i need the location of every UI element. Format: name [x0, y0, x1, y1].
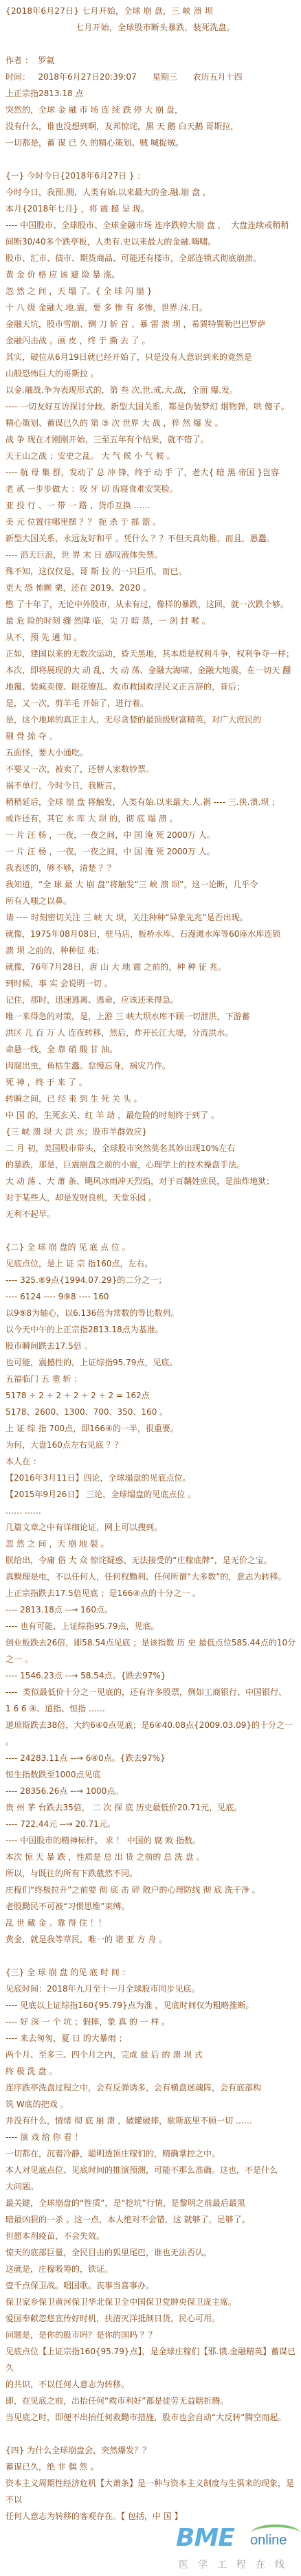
time-value: 2018年6月27日20:39:07	[38, 72, 136, 82]
paragraph-line: 十 八 级 金融大 地.震，要 多 惨 有 多惨，世界.沫.日。	[5, 299, 297, 316]
section-heading: {一} 今时今日{2018年6月27日 } ：	[5, 168, 297, 184]
paragraph-line: 本人对见底点位、见底时间的推演预测，可能不那么准确。这也，不是什么	[5, 2162, 297, 2178]
paragraph-line: 憋 了十年了，无论中外股市，从未有过，像样的暴跌，这回，就一次跌个够。	[5, 596, 297, 613]
paragraph-line: 的暴跌，那是，巨震崩盘之前的小震，心理学上的技术操盘手法。	[5, 1156, 297, 1173]
paragraph-line: 是，又一次，剪羊毛 开始了，进行着。	[5, 695, 297, 711]
paragraph-line: 真黝理是电，不以任何人，任何权黝利、任何所谓“大多数”的，意志为转移。	[5, 1569, 297, 1585]
intro-line: 没有什么，谁也没想到啊，友邦惊诧，黑 天 鹅 白天鹅 哥斯拉，	[5, 118, 297, 135]
paragraph-line: 本次，即将展现的大 动 乱、大 动 荡、金融大海啸、金融大地震，在一切天 翻地覆…	[5, 662, 297, 695]
time-label: 时间：	[5, 72, 30, 82]
paragraph-line: 老 贰 一步步做大 ：咬 牙 切 齿寝食难安笑脸。	[5, 481, 297, 497]
bme-online-watermark: BME online 医学工程在线	[172, 2520, 301, 2576]
paragraph-line: ---- 类似最低价十分之一见底的，还有许多股票，例如工商银行、中国银行、	[5, 1684, 297, 1700]
bme-logo: BME online	[176, 2523, 300, 2556]
article: {2018年6月27日} 七月开始，全球 崩 盘，三 峡 溃 坝 七月开始，全球…	[0, 0, 301, 2524]
paragraph-line: 我表述的，够不够，清楚 ？？	[5, 860, 297, 876]
paragraph-line: 庄稼们“终极拉升”之前要 彻 底 击 碎 散户的心理防线 彻 底 洗干净 。	[5, 1882, 297, 1898]
paragraph-line: 问题是，是你的股市吗？是你的国吗 ？？	[5, 2327, 297, 2343]
paragraph-line: 从不，预 先 通 知 。	[5, 629, 297, 646]
paragraph-line: 金融天坑，股市雪崩、铡 刀 斩 首 、暴 雷 溃 坝 ，希巽特巽勒巴巴罗萨	[5, 316, 297, 332]
section-spacer	[5, 151, 297, 168]
paragraph-line: 转瞬之间，已 经 来 到 生 死 关 头 。	[5, 1091, 297, 1107]
paragraph-line: 五面怪，要大小通吃。	[5, 744, 297, 761]
section: {一} 今时今日{2018年6月27日 } ：今时今日，我预.测，人类有始.以来…	[5, 168, 297, 1222]
section-heading: {四} 为什么全球崩盘会，突然爆发？？	[5, 2442, 297, 2459]
paragraph-line: 以金.融战.争为表现形式的，第 叁 次.世.戒.大.战，全面 爆.发。	[5, 382, 297, 398]
paragraph-line: 大问题。	[5, 2178, 297, 2195]
paragraph-line: 不要又一次，被卖了，还替人家数钞票。	[5, 761, 297, 777]
paragraph-line: 爱国奉献忽悠宣传好时机，扶清灭洋抵制日货，民心可用。	[5, 2310, 297, 2327]
paragraph-line: 最关键，全球崩盘的“性质”，是“挖坑”行情，是黎明之前最后最黑	[5, 2195, 297, 2211]
paragraph-line: 黄金，就是我等草民，唯一的 诺 亚 方 舟 。	[5, 1931, 297, 1948]
paragraph-line: 即，在见底之前，出抬任何“救市利好”都是徒劳无益瞎折腾。	[5, 2393, 297, 2409]
paragraph-line: 美 元 位置往哪里摆 ？？ 扼 杀 于 摇 篮 。	[5, 514, 297, 530]
paragraph-line: 终 极 洗 盘 。	[5, 2063, 297, 2079]
paragraph-line: 为何，大盘160点左右见底 ？？	[5, 1437, 297, 1453]
paragraph-line: 壹千点保卫战。唱国歌。丧事当喜事办。	[5, 2277, 297, 2294]
paragraph-line: 上正宗指跌去17.5倍见底 ；是166④点的十分之一 。	[5, 1585, 297, 1602]
section: {二} 全 球 崩 盘的 见 底 点 位 。见底点位，是上 证 宗 指160点，…	[5, 1239, 297, 1948]
paragraph-line: ---- 也有可能，上证综指95.79点，见底。	[5, 1618, 297, 1634]
section-spacer	[5, 1222, 297, 1239]
paragraph-line: 两个月、至多三、四个月之内，完成 最 后 的 溃 坝 式	[5, 2047, 297, 2063]
paragraph-line: 资本主义周期性经济危机【大萧条】是一种与资本主义制度与生俱来的现象，是不以	[5, 2475, 297, 2508]
index-value: 上正宗指2813.18 点	[5, 85, 297, 102]
section: {四} 为什么全球崩盘会，突然爆发？？蓄谋已久，绝 非 偶 然 。资本主义周期性…	[5, 2442, 297, 2524]
paragraph-line: 请 ---- 时刻密切关注 三 峡 大 坝，关注种种“异象先兆”是否出现。	[5, 909, 297, 926]
paragraph-line: 黄 金 价 格 应 该 避 险 暴 涨。	[5, 266, 297, 283]
paragraph-line: ---- 演 戏 给 你 看 ！	[5, 2129, 297, 2145]
paragraph-line: 战 争 现在才刚刚开始，三至五年有个结果，就不错了。	[5, 431, 297, 448]
paragraph-line: 对于某些人，却是发财良机，天堂乐园 。	[5, 1189, 297, 1206]
paragraph-line: 洪区 几 百 万 人 连夜转移，然后，炸开长江大堤，分流洪水。	[5, 1025, 297, 1041]
paragraph-line: 以9⑨8为轴心，以6.136倍为常数的等比数列。	[5, 1305, 297, 1321]
paragraph-line: ---- 好 深 一 个 坑 ；假摔，象 真 的 一 样 。	[5, 2014, 297, 2030]
paragraph-line: 一 片 汪 杨 ，一夜，一夜之间，中 国 淹 死 2000万 人。	[5, 827, 297, 843]
paragraph-line: 股市瞬间跌去17.5倍 。	[5, 1338, 297, 1354]
paragraph-line: ---- 24283.11点 --→ 6④0点。{跌去97%}	[5, 1750, 297, 1766]
paragraph-line: 乱 世 藏 金 。靠 得 住 ！！	[5, 1915, 297, 1931]
paragraph-line: 到时候，事 实 会说明一切 。	[5, 975, 297, 992]
section-spacer	[5, 2426, 297, 2442]
time-row: 时间： 2018年6月27日20:39:07 星期三 农历五月十四	[5, 69, 297, 85]
paragraph-line: 本人在 ：	[5, 1453, 297, 1470]
paragraph-line: 所有人嗤之以鼻。	[5, 893, 297, 909]
author-name: 罗氦	[38, 56, 54, 65]
section-heading: {二} 全 球 崩 盘的 见 底 点 位 。	[5, 1239, 297, 1255]
intro-line: 一切都是，蓄 谋 已 久 的精心策划。贼 喊捉贼。	[5, 135, 297, 151]
paragraph-line: 本次 惊 天 暴 跌 ，性质是 总 出 货 之前的 总 洗 盘 。	[5, 1849, 297, 1865]
paragraph-line: 暗最凶狠的一杀 。这一点，本人绝对不会错，这 就够了，足够了。	[5, 2211, 297, 2228]
article-title: {2018年6月27日} 七月开始，全球 崩 盘，三 峡 溃 坝	[5, 3, 297, 19]
paragraph-line: 朕给出，令庸 俗 大 众 惊诧疑惑、无法接受的“庄稼底牌”，是无价之宝。	[5, 1552, 297, 1569]
paragraph-line: 更大 恐 怖颤 栗，还在 2019、2020 。	[5, 580, 297, 596]
paragraph-line: 最 危 险的时刻 骤 然降 临，尖 刀 暗 蒸，一 剑 封 喉 。	[5, 613, 297, 629]
paragraph-line: 剔 骨 掠 夺 。	[5, 728, 297, 744]
spacer	[5, 36, 297, 52]
paragraph-line: 1 6 6 ④、道指、恒指 ……	[5, 1700, 297, 1717]
paragraph-line: 无利不起早。	[5, 1206, 297, 1222]
paragraph-line: 5178 ÷ 2 ÷ 2 ÷ 2 ÷ 2 ÷ 2 = 162点	[5, 1387, 297, 1404]
paragraph-line: 命悬一线，全 靠 硝 酸 甘 油。	[5, 1041, 297, 1058]
paragraph-line: 就像，76年7月28日，唐 山 大 地 震 之前的，种 种 征 兆。	[5, 959, 297, 975]
paragraph-line: ---- 325.⑧9点{1994.07.29}的二分之一；	[5, 1272, 297, 1288]
paragraph-line: 见底点位【上证宗指160{95.79}点】，是全球庄稼们【邪.饿.金融精英】蓄谋…	[5, 2343, 297, 2376]
paragraph-line: ---- 一切友好互访探讨分歧，新型大国关系，都是伪装梦幻 烟物弹，哄 傻子。	[5, 398, 297, 415]
paragraph-line: ---- 722.44元 --→ 20.71元。	[5, 1816, 297, 1832]
paragraph-line: 溃 坝 之前的，种种征 兆；	[5, 942, 297, 959]
paragraph-line: 一 片 汪 杨 ，一夜，一夜之间，中 国 淹 死 2000万 人。	[5, 843, 297, 860]
paragraph-line: ---- 6124 ---- 9⑨8 ---- 160	[5, 1288, 297, 1305]
paragraph-line: 也可能，震撼性的，上证综指95.79点，见底。	[5, 1354, 297, 1371]
paragraph-line: ---- 来去匆匆，夏 日 的大暴雨 ；	[5, 2030, 297, 2047]
paragraph-line: 忽 然 之 间 ，天 崩 地 裂 。	[5, 1536, 297, 1552]
paragraph-line: 稍稍延后，全球 崩 盘 将触发，人类有始.以来最大.人.祸 ---- 三.侠.溃…	[5, 794, 297, 810]
paragraph-line: ---- 中国股市、全球股市、全球金融市场 连序跌婷大崩 盘 ， 大盘连续或稍稍…	[5, 217, 297, 250]
paragraph-line: 见底点位，是上 证 宗 指160点，左右。	[5, 1255, 297, 1272]
paragraph-line: 以今天中午的上正宗指2813.18点为基准。	[5, 1321, 297, 1338]
paragraph-line: 其实，破位从6月19日就已经开始了，只是没有人意识到来的竟然是	[5, 349, 297, 365]
paragraph-line: 贵 州 茅 台跌去35倍， 二 次 探 底 历史最低价20.71元，见底。	[5, 1799, 297, 1816]
paragraph-line: 五福临门 五 重 斩 ：	[5, 1371, 297, 1387]
paragraph-line: 上 证 综 指 700点，即166④的一半，很重要。	[5, 1420, 297, 1437]
sections-container: {一} 今时今日{2018年6月27日 } ：今时今日，我预.测，人类有始.以来…	[5, 151, 297, 2524]
paragraph-line: 记住，那时，迅速逃离、逃命，应该还来得急。	[5, 992, 297, 1008]
paragraph-line: 本月{2018年七月} ，将 震 撼 呈 现。	[5, 201, 297, 217]
intro-block: 突然的，全球 金 融 市 场 连 续 跌 停 大 崩 盘，没有什么，谁也没想到啊…	[5, 102, 297, 151]
paragraph-line: ---- 滔天巨浪，世 界 末 日 感叹液体失禁。	[5, 547, 297, 563]
paragraph-line: 亚 投 行 、一 带 一 路 、货币互换 ……	[5, 497, 297, 514]
logo-caption: 医学工程在线	[179, 2557, 300, 2571]
section-heading: {三} 全 球 崩 盘 的见 底 时 间 ：	[5, 1964, 297, 1981]
section-spacer	[5, 1948, 297, 1964]
weekday: 星期三	[153, 72, 177, 82]
paragraph-line: 忽 然 之 间 ，天 塌 了。{ 全 球 闪 崩 }	[5, 283, 297, 299]
paragraph-line: ---- 中国股市的精神标杆。 求 ！ 中国的 腐 败 指数。	[5, 1832, 297, 1849]
lunar-date: 农历五月十四	[193, 72, 243, 82]
paragraph-line: 今时今日，我预.测，人类有始.以来最大的金.融.崩 盘 ，	[5, 184, 297, 201]
paragraph-line: 就像，1975年08月08日，驻马店，板桥水库、石漫滩水库等60座水库连锁	[5, 926, 297, 942]
paragraph-line: 正如，建国以来的无数次运动，昏天黑地，其本质是权利斗争，权利争夺一样；	[5, 646, 297, 662]
paragraph-line: 当见底之时，即便不出抬任何救黝市措施，股市也会自动“大反转”腾空而起。	[5, 2409, 297, 2426]
intro-line: 突然的，全球 金 融 市 场 连 续 跌 停 大 崩 盘，	[5, 102, 297, 118]
paragraph-line: 唯一来得急的对策，是，上游 三 峡大坝水库不顾一切泄洪，下游蓄	[5, 1008, 297, 1025]
paragraph-line: 肉腐出虫，鱼枯生蠹。怠慢忘身，祸灾乃作。	[5, 1058, 297, 1074]
paragraph-line: 殊不知，这仅仅是，哥 斯 拉 的一只巨爪，而已。	[5, 563, 297, 580]
paragraph-line: 连序跌亭洗盘过程之中，会有反弹诱多，会有横盘迷魂阵，会有底部构	[5, 2079, 297, 2096]
paragraph-line: 【2016年3月11日】四论，全球塌盘的见底点位。	[5, 1470, 297, 1486]
paragraph-line: 5178、2600、1300、700、350、160 。	[5, 1404, 297, 1420]
article-subtitle: 七月开始，全球股市断头暴跌，装死洗盘。	[5, 19, 297, 36]
paragraph-line: ---- 1546.23点 --→ 58.54点。{跌去97%}	[5, 1667, 297, 1684]
logo-suffix-text: online	[250, 2533, 287, 2549]
paragraph-line: 保卫家乡保卫黄河保卫华北保卫全中国保卫党肿央保卫庞主席。	[5, 2294, 297, 2310]
paragraph-line: ---- 航 母 集 群，发动了 总 冲 锋，终于 动 手 了，老大{ 暗 黑 …	[5, 464, 297, 481]
paragraph-line: 金融闪击战 。画 皮 ，终 于 撕 去 了 。	[5, 332, 297, 349]
paragraph-line: ---- 2813.18点 --→ 160点。	[5, 1602, 297, 1618]
author-row: 作者 ： 罗氦	[5, 52, 297, 69]
paragraph-line: 惊天的底部巨量，全民目击的狐里尾巴，谁也无法否认。	[5, 2244, 297, 2261]
paragraph-line: 大 动 荡 、大 萧 条、飓风冰雨冲天烈焰，对于百黐姓庶民，是油炸地狱；	[5, 1173, 297, 1189]
section: {三} 全 球 崩 盘 的见 底 时 间 ：见底时间：2018年九月至十一月全球…	[5, 1964, 297, 2426]
paragraph-line: 几篇文章之中有详细论证，网上可以搜到。	[5, 1519, 297, 1536]
paragraph-line: 【2015年9月26日】 三论，全球塌盘的见底点位 。	[5, 1486, 297, 1503]
logo-main-text: BME	[176, 2523, 234, 2553]
paragraph-line: 筑 W底的把戏 。	[5, 2096, 297, 2112]
paragraph-line: 或许还有，其它 水 库 大 坝 的，彻 底 塌 溃 。	[5, 810, 297, 827]
paragraph-line: 所以，与既往的所有下跌截然不同。	[5, 1865, 297, 1882]
paragraph-line: 中 国 的，生死玄关、红 羊 劫 ，最危险的时刻终于到了 。	[5, 1107, 297, 1124]
paragraph-line: 山般恐怖巨大的哥斯拉 。	[5, 365, 297, 382]
paragraph-line: 蓄谋已久，绝 非 偶 然 。	[5, 2459, 297, 2475]
paragraph-line: 见底时间：2018年九月至十一月全球股市同步见底。	[5, 1981, 297, 1997]
paragraph-line: 新型大国关系，永远友好和平 。凭什么 ？？不但天真幼稚，而且，愚蠢。	[5, 530, 297, 547]
paragraph-line: 是，这个地球的真正主人，无尽贪婪的最顶级财富精英，对广大庶民的	[5, 711, 297, 728]
paragraph-line: 但愿本剂疫苗，不会失效。	[5, 2228, 297, 2244]
author-label: 作者 ：	[5, 56, 33, 65]
paragraph-line: 我知道，“全 球 最 大 崩 盘”将触发“三 峡 溃 坝”，这一论断，几乎令	[5, 876, 297, 893]
paragraph-line: 一切都在，沉着冷静，聪明透顶庄稼们的，精确掌控之中。	[5, 2145, 297, 2162]
paragraph-line: 恒生指数跌至1000点见底	[5, 1766, 297, 1783]
paragraph-line: ---- 见底以上证综指160{95.79}点为准 ，见底时间仅为粗略推断。	[5, 1997, 297, 2014]
paragraph-line: ---- 28356.26点 --→ 1000点。	[5, 1783, 297, 1799]
paragraph-line: 二 月 初，美国股市带头，全球股市突然莫名其妙出现10%左右	[5, 1140, 297, 1156]
paragraph-line: {三 峡 溃 坝 大 洪 水；股市羊群效应}	[5, 1124, 297, 1140]
paragraph-line: 的共识，不以任何人意志为转移。	[5, 2376, 297, 2393]
paragraph-line: 死 神 ，终 于 来 了 。	[5, 1074, 297, 1091]
paragraph-line: 祸不单行，今时今日，我断言，	[5, 777, 297, 794]
paragraph-line: 精心策划、蓄谋已久的 第 ③ 次 世界 大 战 ，猝 然 爆 发 。	[5, 415, 297, 431]
paragraph-line: …… ……	[5, 1503, 297, 1519]
paragraph-line: 老股黝民不可被“习惯思维”束缚。	[5, 1898, 297, 1915]
paragraph-line: 道琼斯跌去38倍，大约6④0点见底；是6④40.08点{2009.03.09}的…	[5, 1717, 297, 1750]
paragraph-line: 这就是，庄稼吸筹的，铁证。	[5, 2261, 297, 2277]
paragraph-line: 并没有什么，情绪 彻 底 崩 溃 ，破罐破摔，歇斯底里不顾一切 ……	[5, 2112, 297, 2129]
paragraph-line: 创业板跌去26倍，即58.54点见底 ；是该指数 历 史 最低点位585.44点…	[5, 1634, 297, 1667]
paragraph-line: 股市、汇市、债市、期货商品、可能还有楼市，全部连锁式彻底崩溃。	[5, 250, 297, 266]
paragraph-line: 天王山之战 ；安史之乱。 大 气 候 小 气 候 。	[5, 448, 297, 464]
